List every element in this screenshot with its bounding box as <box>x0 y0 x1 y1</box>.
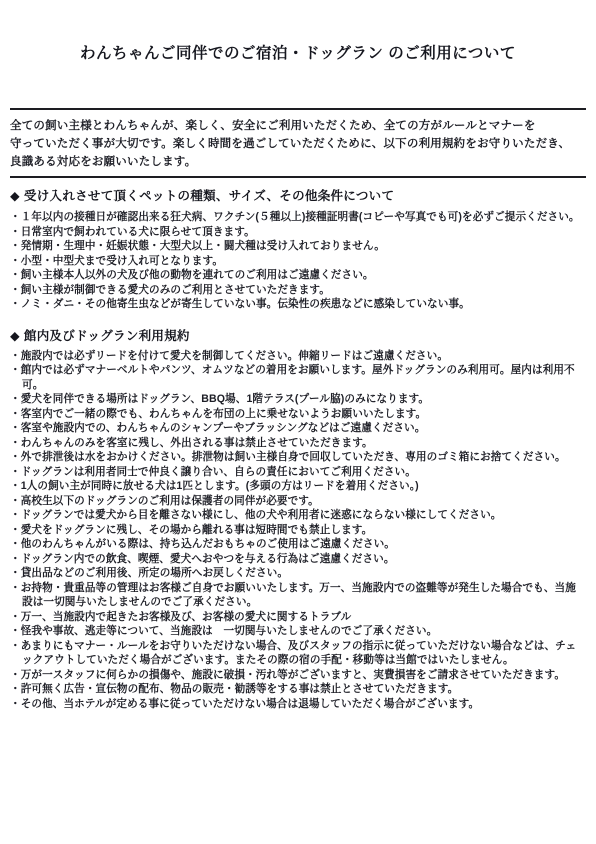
list-item: ・館内では必ずマナーベルトやパンツ、オムツなどの着用をお願いします。屋外ドッグラ… <box>10 363 586 392</box>
list-item: ・施設内では必ずリードを付けて愛犬を制御してください。伸縮リードはご遠慮ください… <box>10 349 586 364</box>
list-item: ・お持物・貴重品等の管理はお客様ご自身でお願いいたします。万一、当施設内での盗難… <box>10 581 586 610</box>
list-item: ・万が一スタッフに何らかの損傷や、施設に破損・汚れ等がございますと、実費損害をご… <box>10 668 586 683</box>
list-item: ・わんちゃんのみを客室に残し、外出される事は禁止させていただきます。 <box>10 436 586 451</box>
list-item: ・飼い主様本人以外の犬及び他の動物を連れてのご利用はご遠慮ください。 <box>10 268 586 283</box>
section-heading-facility-rules: ◆館内及びドッグラン利用規約 <box>10 329 586 344</box>
list-item: ・愛犬を同伴できる場所はドッグラン、BBQ場、1階テラス(プール脇)のみになりま… <box>10 392 586 407</box>
document-page: わんちゃんご同伴でのご宿泊・ドッグラン のご利用について 全ての飼い主様とわんち… <box>0 0 596 844</box>
section-heading-text: 受け入れさせて頂くペットの種類、サイズ、その他条件について <box>24 189 394 203</box>
list-item: ・怪我や事故、逃走等について、当施設は 一切関与いたしませんのでご了承ください。 <box>10 624 586 639</box>
list-item: ・小型・中型犬まで受け入れ可となります。 <box>10 254 586 269</box>
list-item: ・外で排泄後は水をおかけください。排泄物は飼い主様自身で回収していただき、専用の… <box>10 450 586 465</box>
list-item: ・客室内でご一緒の際でも、わんちゃんを布団の上に乗せないようお願いいたします。 <box>10 407 586 422</box>
list-item: ・愛犬をドッグランに残し、その場から離れる事は短時間でも禁止します。 <box>10 523 586 538</box>
list-item: ・他のわんちゃんがいる際は、持ち込んだおもちゃのご使用はご遠慮ください。 <box>10 537 586 552</box>
list-item: ・発情期・生理中・妊娠状態・大型犬以上・闘犬種は受け入れておりません。 <box>10 239 586 254</box>
intro-line: 良識ある対応をお願いいたします。 <box>10 153 586 171</box>
list-item: ・万一、当施設内で起きたお客様及び、お客様の愛犬に関するトラブル <box>10 610 586 625</box>
horizontal-rule-bottom <box>10 176 586 178</box>
section-heading-pet-conditions: ◆受け入れさせて頂くペットの種類、サイズ、その他条件について <box>10 189 586 204</box>
facility-rules-list: ・施設内では必ずリードを付けて愛犬を制御してください。伸縮リードはご遠慮ください… <box>10 349 586 712</box>
list-item: ・ドッグラン内での飲食、喫煙、愛犬へおやつを与える行為はご遠慮ください。 <box>10 552 586 567</box>
horizontal-rule-top <box>10 108 586 110</box>
list-item: ・飼い主様が制御できる愛犬のみのご利用とさせていただきます。 <box>10 283 586 298</box>
page-title: わんちゃんご同伴でのご宿泊・ドッグラン のご利用について <box>10 44 586 63</box>
list-item: ・その他、当ホテルが定める事に従っていただけない場合は退場していただく場合がござ… <box>10 697 586 712</box>
list-item: ・あまりにもマナー・ルールをお守りいただけない場合、及びスタッフの指示に従ってい… <box>10 639 586 668</box>
intro-line: 全ての飼い主様とわんちゃんが、楽しく、安全にご利用いただくため、全ての方がルール… <box>10 117 586 135</box>
list-item: ・客室や施設内での、わんちゃんのシャンプーやブラッシングなどはご遠慮ください。 <box>10 421 586 436</box>
list-item: ・ノミ・ダニ・その他寄生虫などが寄生していない事。伝染性の疾患などに感染していな… <box>10 297 586 312</box>
intro-paragraph: 全ての飼い主様とわんちゃんが、楽しく、安全にご利用いただくため、全ての方がルール… <box>10 117 586 171</box>
list-item: ・日常室内で飼われている犬に限らせて頂きます。 <box>10 225 586 240</box>
list-item: ・ドッグランは利用者同士で仲良く譲り合い、自らの責任においてご利用ください。 <box>10 465 586 480</box>
pet-conditions-list: ・１年以内の接種日が確認出来る狂犬病、ワクチン(５種以上)接種証明書(コピーや写… <box>10 210 586 312</box>
list-item: ・貸出品などのご利用後、所定の場所へお戻しください。 <box>10 566 586 581</box>
diamond-icon: ◆ <box>10 329 20 343</box>
list-item: ・１年以内の接種日が確認出来る狂犬病、ワクチン(５種以上)接種証明書(コピーや写… <box>10 210 586 225</box>
list-item: ・許可無く広告・宣伝物の配布、物品の販売・勧誘等をする事は禁止とさせていただきま… <box>10 682 586 697</box>
list-item: ・ドッグランでは愛犬から目を離さない様にし、他の犬や利用者に迷惑にならない様にし… <box>10 508 586 523</box>
diamond-icon: ◆ <box>10 189 20 203</box>
list-item: ・1人の飼い主が同時に放せる犬は1匹とします。(多頭の方はリードを着用ください。… <box>10 479 586 494</box>
intro-line: 守っていただく事が大切です。楽しく時間を過ごしていただくために、以下の利用規約を… <box>10 135 586 153</box>
list-item: ・高校生以下のドッグランのご利用は保護者の同伴が必要です。 <box>10 494 586 509</box>
section-heading-text: 館内及びドッグラン利用規約 <box>24 329 190 343</box>
